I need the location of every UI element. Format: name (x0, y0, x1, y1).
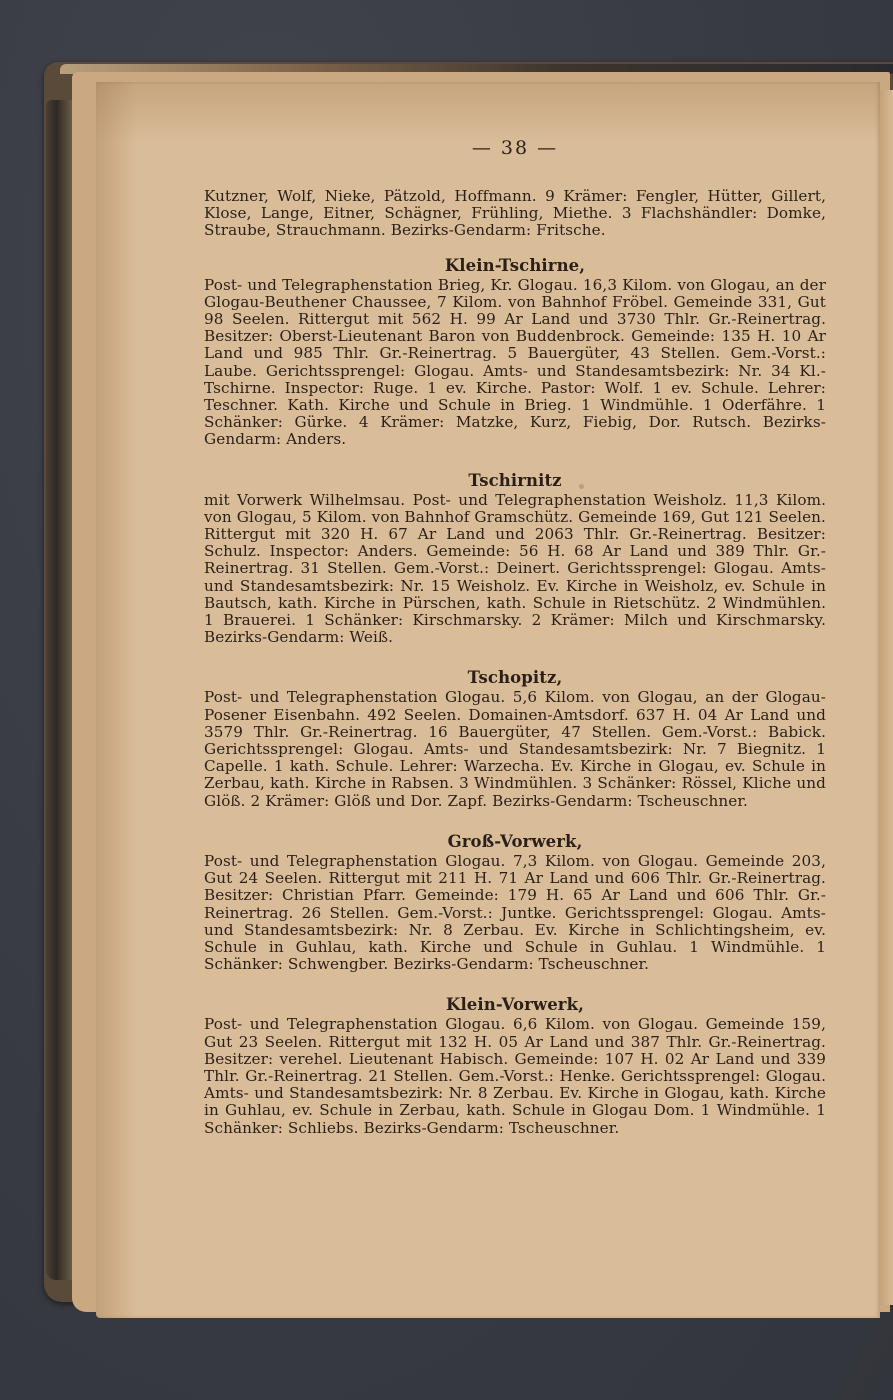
entry-title: Klein-Vorwerk, (204, 995, 826, 1015)
entry-body: mit Vorwerk Wilhelmsau. Post- und Telegr… (204, 492, 826, 647)
page-number: — 38 — (204, 140, 826, 166)
entry-title: Klein-Tschirne, (204, 256, 826, 276)
entry-klein-tschirne: Klein-Tschirne, Post- und Telegraphensta… (204, 256, 826, 449)
entry-title: Tschirnitz (204, 471, 826, 491)
page-right-edge (880, 90, 893, 1305)
entry-body: Post- und Telegraphenstation Glogau. 6,6… (204, 1016, 826, 1136)
continued-paragraph: Kutzner, Wolf, Nieke, Pätzold, Hoffmann.… (204, 188, 826, 240)
entry-tschopitz: Tschopitz, Post- und Telegraphenstation … (204, 668, 826, 809)
entry-title: Groß-Vorwerk, (204, 832, 826, 852)
entry-body: Post- und Telegraphenstation Glogau. 5,6… (204, 689, 826, 809)
entry-tschirnitz: Tschirnitz mit Vorwerk Wilhelmsau. Post-… (204, 471, 826, 647)
entry-gross-vorwerk: Groß-Vorwerk, Post- und Telegraphenstati… (204, 832, 826, 973)
book-spine-edge (46, 100, 72, 1280)
page-content: — 38 — Kutzner, Wolf, Nieke, Pätzold, Ho… (204, 140, 826, 1137)
entry-title: Tschopitz, (204, 668, 826, 688)
entry-body: Post- und Telegraphenstation Brieg, Kr. … (204, 277, 826, 449)
entry-klein-vorwerk: Klein-Vorwerk, Post- und Telegraphenstat… (204, 995, 826, 1136)
entry-body: Post- und Telegraphenstation Glogau. 7,3… (204, 853, 826, 973)
